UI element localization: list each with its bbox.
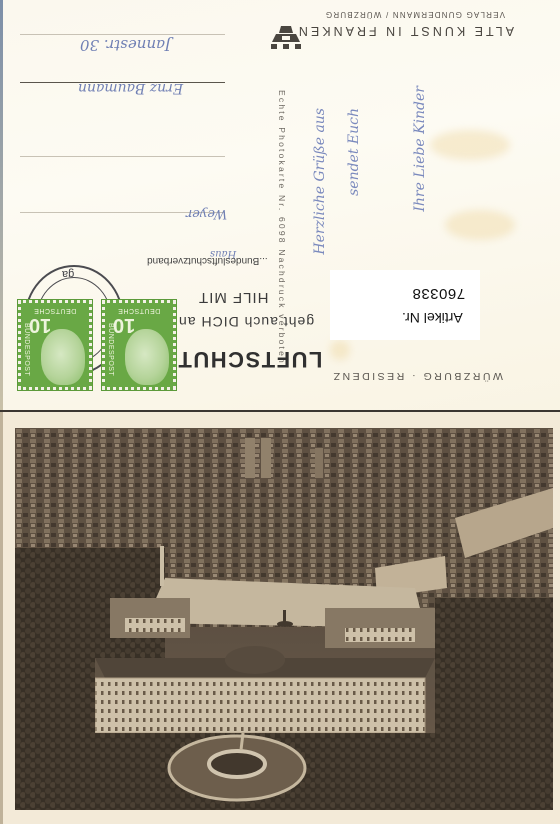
publisher-title: ALTE KUNST IN FRANKEN: [314, 24, 514, 38]
publisher-subtitle: VERLAG GUNDERMANN / WÜRZBURG: [325, 10, 505, 19]
stamp-value: 10: [113, 313, 135, 336]
postage-stamp: DEUTSCHE 10 BUNDESPOST: [102, 300, 176, 390]
portrait-icon: [125, 329, 169, 385]
postmark-text: ga: [62, 268, 74, 280]
address-line: [20, 34, 225, 35]
address-line: [20, 156, 225, 157]
slogan-line: ...Bundesluftschutzverband: [147, 255, 268, 266]
slogan-line: LUFTSCHUTZ: [162, 346, 322, 372]
stain: [430, 130, 510, 160]
handwritten-address-street: Jannestr. 30: [80, 36, 171, 54]
article-label-sticker: [330, 270, 480, 340]
slogan-line: geht auch DICH an: [178, 314, 314, 330]
aerial-photo-residenz: [15, 428, 553, 810]
stain: [445, 210, 515, 240]
stain: [330, 340, 350, 360]
crown-logo-icon: [270, 24, 302, 50]
postcard-back: ALTE KUNST IN FRANKEN VERLAG GUNDERMANN …: [0, 0, 560, 412]
handwritten-address-city: Weyer: [186, 206, 227, 221]
handwritten-message-line: sendet Euch: [346, 108, 362, 196]
handwritten-message-line: Herzliche Grüße aus: [312, 108, 328, 255]
handwritten-message-line: Ihre Liebe Kinder: [412, 86, 428, 212]
article-label: Artikel Nr.: [402, 310, 463, 326]
postcard-front: [0, 412, 560, 824]
handwritten-address-name: Ernz Baumann: [78, 80, 183, 96]
stamp-issuer: BUNDESPOST: [23, 323, 30, 376]
stamp-issuer: BUNDESPOST: [107, 323, 114, 376]
stamp-value: 10: [29, 313, 51, 336]
slogan-line: HILF MIT: [198, 289, 269, 306]
aerial-photo-illustration: [15, 428, 553, 810]
postage-stamp: DEUTSCHE 10 BUNDESPOST: [18, 300, 92, 390]
article-number: 760338: [412, 285, 465, 302]
portrait-icon: [41, 329, 85, 385]
card-caption: WÜRZBURG · RESIDENZ: [322, 370, 512, 382]
